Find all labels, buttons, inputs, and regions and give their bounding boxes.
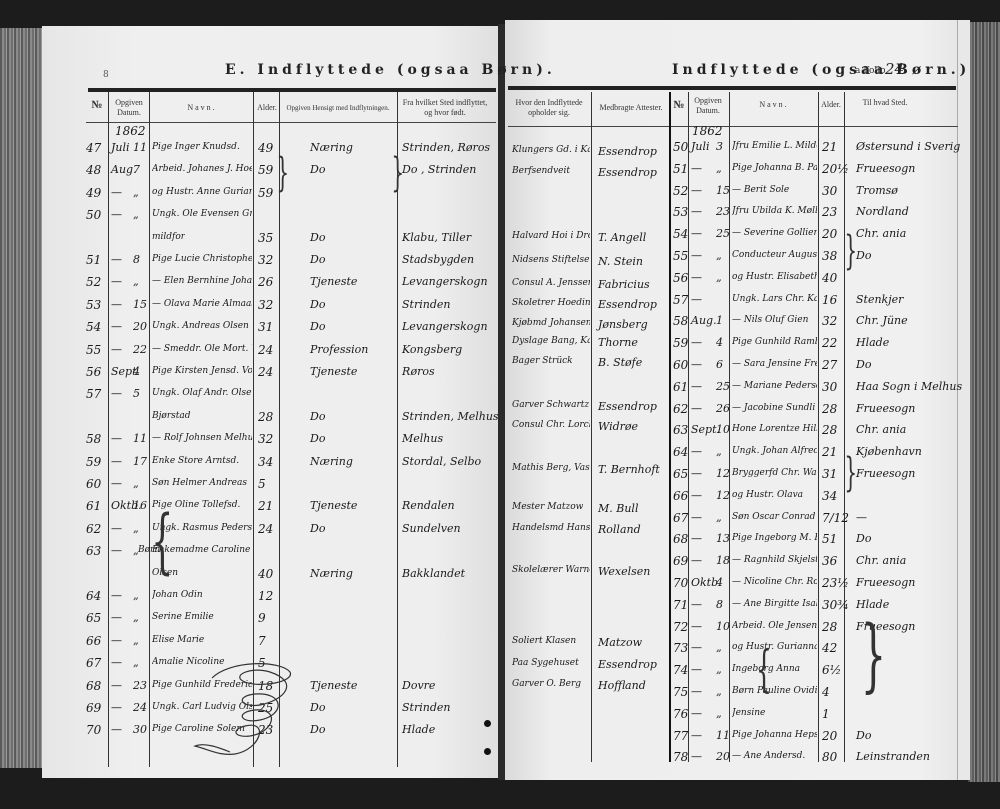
entry-from: Strinden, Røros — [402, 141, 490, 154]
entry-from: Do , Strinden — [402, 163, 476, 176]
entry-day: „ — [133, 208, 139, 221]
entry-name: Pige Ingeborg M. Friis — [732, 533, 817, 543]
entry-number: 57 — [673, 293, 688, 307]
entry-month: — — [691, 249, 702, 262]
entry-name: Ungk. Olaf Andr. Olsen — [152, 388, 252, 398]
entry-name: og Hustr. Elisabeth — [732, 272, 817, 282]
entry-number: 75 — [673, 685, 688, 699]
entry-number: 47 — [86, 141, 101, 155]
entry-number: 63 — [673, 423, 688, 437]
entry-number: 66 — [673, 489, 688, 503]
entry-number: 65 — [86, 611, 101, 625]
entry-from: Dovre — [402, 679, 435, 692]
entry-destination: Chr. ania — [856, 423, 906, 436]
entry-age: 1 — [822, 707, 830, 721]
entry-name: Ungk. Johan Alfred Gien — [732, 446, 817, 456]
header-date: Opgiven Datum. — [110, 98, 148, 118]
entry-from: Røros — [402, 365, 435, 378]
entry-number: 57 — [86, 387, 101, 401]
entry-number: 54 — [86, 320, 101, 334]
entry-purpose: Do — [310, 410, 325, 423]
entry-name: Johan Odin — [152, 590, 203, 600]
entry-age: 32 — [258, 298, 273, 312]
entry-age: 49 — [258, 141, 273, 155]
header-residence: Hvor den Indflyttede opholder sig. — [508, 98, 590, 118]
entry-from: Rendalen — [402, 499, 455, 512]
entry-age: 4 — [822, 685, 830, 699]
entry-destination: Stenkjer — [856, 293, 903, 306]
header-no: № — [671, 100, 687, 110]
entry-age: 24 — [258, 522, 273, 536]
entry-name: Pige Inger Knudsd. — [152, 142, 240, 152]
entry-destination: Frueesogn — [856, 402, 915, 415]
entry-day: 12 — [716, 489, 730, 502]
entry-number: 69 — [86, 701, 101, 715]
entry-day: „ — [133, 656, 139, 669]
entry-residence: Handelsmd Hansen, Kong. — [512, 523, 590, 533]
entry-day: „ — [716, 511, 722, 524]
entry-name: Børn Pauline Ovidie — [732, 686, 817, 696]
left-page-title: E. Indflyttede (ogsaa Børn). — [225, 62, 556, 78]
entry-month: — — [691, 402, 702, 415]
entry-residence: Kjøbmd Johansen — [512, 318, 590, 328]
entry-name: — Nicoline Chr. Ro-senlund — [732, 577, 817, 587]
entry-number: 70 — [86, 723, 101, 737]
entry-name: Pige Kirsten Jensd. Vold — [152, 366, 252, 376]
entry-residence: Consul Chr. Lorck — [512, 420, 590, 430]
entry-age: 51 — [822, 532, 837, 546]
entry-name: — Jacobine Sundli — [732, 403, 815, 413]
entry-month: — — [691, 685, 702, 698]
entry-residence: Paa Sygehuset — [512, 658, 579, 668]
entry-name: — Berit Sole — [732, 185, 789, 195]
entry-day: 20 — [133, 320, 147, 333]
entry-age: 22 — [822, 336, 837, 350]
entry-age: 21 — [822, 140, 837, 154]
entry-name: — Elen Bernhine Johansen — [152, 276, 252, 286]
entry-name: Bryggerfd Chr. Warner — [732, 468, 817, 478]
entry-certificates: Essendrop — [598, 166, 657, 179]
brace: } — [276, 150, 289, 196]
entry-month: — — [111, 387, 122, 400]
entry-from: Stordal, Selbo — [402, 455, 481, 468]
entry-month: — — [691, 467, 702, 480]
entry-destination: Leinstranden — [856, 750, 930, 763]
entry-age: 80 — [822, 750, 837, 764]
entry-month: — — [691, 380, 702, 393]
folio-label: a Folio — [855, 66, 886, 76]
entry-month: — — [111, 656, 122, 669]
entry-number: 64 — [86, 589, 101, 603]
entry-day: 30 — [133, 723, 147, 736]
entry-from: Strinden, Melhus — [402, 410, 499, 423]
entry-day: 11 — [716, 729, 730, 742]
binding-hole — [484, 720, 491, 727]
entry-day: „ — [716, 249, 722, 262]
entry-month: — — [691, 707, 702, 720]
entry-certificates: Hoffland — [598, 679, 646, 692]
entry-number: 74 — [673, 663, 688, 677]
entry-certificates: Wexelsen — [598, 565, 650, 578]
entry-day: „ — [133, 589, 139, 602]
page-mark: 8 — [103, 70, 109, 80]
entry-certificates: Essendrop — [598, 298, 657, 311]
entry-day: 4 — [133, 365, 140, 378]
entry-number: 61 — [86, 499, 101, 513]
entry-from: Hlade — [402, 723, 435, 736]
entry-name: Arbeid. Ole Jensen — [732, 621, 817, 631]
entry-purpose: Tjeneste — [310, 679, 357, 692]
year: 1862 — [692, 124, 723, 138]
entry-day: 10 — [716, 620, 730, 633]
entry-day: „ — [133, 477, 139, 490]
entry-age: 7/12 — [822, 511, 849, 525]
entry-day: 4 — [716, 576, 723, 589]
entry-month: — — [691, 205, 702, 218]
entry-certificates: T. Bernhoft — [598, 463, 660, 476]
header-from: Fra hvilket Sted indflyttet, og hvor fød… — [398, 98, 492, 118]
entry-destination: Frueesogn — [856, 576, 915, 589]
entry-month: — — [111, 253, 122, 266]
header-no: № — [86, 100, 108, 110]
entry-destination: Chr. ania — [856, 227, 906, 240]
entry-number: 63 — [86, 544, 101, 558]
entry-name: og Hustr. Olava — [732, 490, 803, 500]
entry-day: 22 — [133, 343, 147, 356]
entry-month: — — [111, 432, 122, 445]
entry-day: 16 — [133, 499, 147, 512]
column-divider — [591, 92, 592, 762]
entry-certificates: Fabricius — [598, 278, 650, 291]
entry-from: Stadsbygden — [402, 253, 474, 266]
entry-age: 12 — [258, 589, 273, 603]
entry-name: Jensine — [732, 708, 765, 718]
entry-day: 8 — [716, 598, 723, 611]
entry-age: 21 — [258, 499, 273, 513]
entry-month: — — [691, 336, 702, 349]
entry-month: — — [111, 701, 122, 714]
entry-purpose: Tjeneste — [310, 275, 357, 288]
entry-purpose: Profession — [310, 343, 368, 356]
entry-age: 40 — [822, 271, 837, 285]
entry-day: „ — [716, 685, 722, 698]
entry-age: 24 — [258, 365, 273, 379]
entry-day: „ — [133, 275, 139, 288]
entry-name: Elise Marie — [152, 635, 204, 645]
entry-month: — — [691, 271, 702, 284]
entry-day: 23 — [716, 205, 730, 218]
entry-number: 71 — [673, 598, 688, 612]
entry-age: 28 — [822, 620, 837, 634]
entry-month: — — [691, 729, 702, 742]
entry-destination: Do — [856, 729, 871, 742]
entry-destination: Chr. Jüne — [856, 314, 908, 327]
entry-residence: Mathis Berg, Vaskerg. — [512, 463, 590, 473]
entry-number: 68 — [86, 679, 101, 693]
brace: } — [844, 228, 857, 274]
entry-month: — — [111, 634, 122, 647]
entry-age: 28 — [822, 423, 837, 437]
entry-from: Strinden — [402, 298, 450, 311]
entry-residence: Bager Strück — [512, 356, 573, 366]
entry-number: 65 — [673, 467, 688, 481]
column-divider — [108, 92, 109, 767]
entry-age: 30 — [822, 184, 837, 198]
entry-month: — — [691, 162, 702, 175]
entry-destination: Do — [856, 358, 871, 371]
entry-destination: Do — [856, 249, 871, 262]
entry-destination: Nordland — [856, 205, 909, 218]
entry-day: 25 — [716, 380, 730, 393]
entry-day: „ — [133, 186, 139, 199]
entry-certificates: B. Støfe — [598, 356, 642, 369]
entry-residence: Nidsens Stiftelse — [512, 255, 590, 265]
entry-age: 32 — [258, 432, 273, 446]
entry-name: Conducteur August Gollien — [732, 250, 817, 260]
entry-certificates: Essendrop — [598, 145, 657, 158]
right-page-margin — [957, 20, 970, 780]
entry-day: „ — [133, 522, 139, 535]
entry-number: 66 — [86, 634, 101, 648]
entry-name: Pige Lucie Christophersd. Bunn — [152, 254, 252, 264]
header-bottom-rule — [86, 122, 496, 123]
header-purpose: Opgiven Hensigt med Indflytningen. — [280, 103, 396, 113]
entry-age: 23 — [822, 205, 837, 219]
entry-number: 51 — [86, 253, 101, 267]
entry-certificates: M. Bull — [598, 502, 638, 515]
column-divider — [669, 92, 671, 762]
entry-month: — — [111, 455, 122, 468]
header-age: Alder. — [254, 103, 280, 113]
entry-residence: Garver O. Berg — [512, 679, 581, 689]
entry-month: — — [111, 679, 122, 692]
entry-certificates: Essendrop — [598, 658, 657, 671]
entry-name: Pige Johanna B. Paulsen — [732, 163, 817, 173]
entry-number: 64 — [673, 445, 688, 459]
entry-name: og Hustr. Gurianna — [732, 642, 817, 652]
entry-day: 8 — [133, 253, 140, 266]
entry-number: 58 — [86, 432, 101, 446]
entry-month: — — [111, 589, 122, 602]
entry-day: 7 — [133, 163, 140, 176]
entry-destination: Tromsø — [856, 184, 898, 197]
entry-month: — — [691, 598, 702, 611]
header-bottom-rule — [508, 126, 958, 127]
entry-name: og Hustr. Anne Guriane — [152, 187, 252, 197]
year: 1862 — [115, 124, 146, 138]
entry-day: 12 — [716, 467, 730, 480]
entry-month: — — [111, 477, 122, 490]
entry-from: Levangerskogn — [402, 275, 488, 288]
entry-name: — Rolf Johnsen Melhus — [152, 433, 252, 443]
entry-day: 15 — [716, 184, 730, 197]
entry-day: „ — [716, 445, 722, 458]
entry-destination: Do — [856, 532, 871, 545]
entry-certificates: Rolland — [598, 523, 641, 536]
children-label: Børn — [138, 545, 160, 555]
entry-day: 15 — [133, 298, 147, 311]
entry-residence: Skolelærer Warnes — [512, 565, 590, 575]
entry-age: 9 — [258, 611, 266, 625]
entry-age: 34 — [258, 455, 273, 469]
entry-day: 10 — [716, 423, 730, 436]
entry-age: 20½ — [822, 162, 849, 176]
entry-day: „ — [133, 634, 139, 647]
entry-age: 6½ — [822, 663, 841, 677]
entry-number: 67 — [86, 656, 101, 670]
entry-number: 59 — [673, 336, 688, 350]
entry-name: Bjørstad — [152, 411, 191, 421]
entry-destination: Haa Sogn i Melhus — [856, 380, 962, 393]
entry-name: Ungk. Lars Chr. Kallerg-kamp — [732, 294, 817, 304]
entry-destination: Kjøbenhavn — [856, 445, 922, 458]
entry-purpose: Næring — [310, 141, 353, 154]
entry-month: — — [111, 275, 122, 288]
entry-number: 68 — [673, 532, 688, 546]
entry-age: 32 — [258, 253, 273, 267]
entry-number: 51 — [673, 162, 688, 176]
entry-name: — Ane Andersd. — [732, 751, 805, 761]
entry-purpose: Do — [310, 253, 325, 266]
entry-number: 55 — [673, 249, 688, 263]
entry-residence: Klungers Gd. i Kalv. — [512, 145, 590, 155]
entry-day: 11 — [133, 141, 147, 154]
entry-name: Hone Lorentze Hilstad — [732, 424, 817, 434]
entry-name: Ungk. Andreas Olsen — [152, 321, 249, 331]
entry-name: — Severine Gollien — [732, 228, 817, 238]
entry-residence: Consul A. Jenssen — [512, 278, 590, 288]
header-name: Navn. — [150, 103, 254, 113]
entry-purpose: Do — [310, 163, 325, 176]
entry-purpose: Tjeneste — [310, 365, 357, 378]
book-page-edges-right — [968, 22, 1000, 782]
header-name: Navn. — [730, 100, 818, 110]
entry-name: — Smeddr. Ole Mort. Vaal — [152, 344, 252, 354]
entry-number: 73 — [673, 641, 688, 655]
entry-number: 59 — [86, 455, 101, 469]
entry-day: 3 — [716, 140, 723, 153]
entry-age: 21 — [822, 445, 837, 459]
entry-age: 34 — [822, 489, 837, 503]
entry-age: 42 — [822, 641, 837, 655]
entry-day: 11 — [133, 432, 147, 445]
entry-residence: Garver Schwartz — [512, 400, 589, 410]
entry-number: 53 — [86, 298, 101, 312]
entry-month: — — [111, 723, 122, 736]
entry-destination: — — [856, 511, 867, 524]
entry-age: 36 — [822, 554, 837, 568]
entry-name: Søn Helmer Andreas — [152, 478, 247, 488]
entry-number: 50 — [86, 208, 101, 222]
entry-name: — Ane Birgitte Isaksd. (Bak) — [732, 599, 817, 609]
entry-age: 59 — [258, 163, 273, 177]
entry-residence: Mester Matzow — [512, 502, 583, 512]
entry-day: „ — [716, 641, 722, 654]
entry-purpose: Do — [310, 701, 325, 714]
entry-purpose: Do — [310, 522, 325, 535]
entry-month: — — [691, 358, 702, 371]
entry-from: Melhus — [402, 432, 443, 445]
entry-purpose: Do — [310, 432, 325, 445]
brace: } — [391, 150, 404, 196]
entry-destination: Frueesogn — [856, 467, 915, 480]
entry-from: Sundelven — [402, 522, 461, 535]
entry-number: 60 — [673, 358, 688, 372]
entry-name: Ungk. Ole Evensen Grön — [152, 209, 252, 219]
entry-age: 28 — [822, 402, 837, 416]
entry-destination: Hlade — [856, 336, 889, 349]
children-brace: { — [151, 500, 173, 582]
entry-day: 24 — [133, 701, 147, 714]
entry-month: — — [691, 511, 702, 524]
entry-month: — — [691, 227, 702, 240]
entry-day: 26 — [716, 402, 730, 415]
family-brace: } — [861, 608, 886, 701]
entry-purpose: Do — [310, 723, 325, 736]
entry-certificates: Matzow — [598, 636, 642, 649]
entry-residence: Skoletrer Hoeding — [512, 298, 590, 308]
entry-number: 77 — [673, 729, 688, 743]
entry-destination: Østersund i Sverig — [856, 140, 960, 153]
entry-month: — — [691, 620, 702, 633]
entry-from: Kongsberg — [402, 343, 462, 356]
folio-number: 24 — [885, 60, 904, 78]
entry-day: „ — [133, 611, 139, 624]
entry-age: 20 — [822, 729, 837, 743]
entry-from: Strinden — [402, 701, 450, 714]
entry-name: — Nils Oluf Gien — [732, 315, 808, 325]
entry-name: mildfor — [152, 232, 185, 242]
entry-number: 72 — [673, 620, 688, 634]
entry-number: 67 — [673, 511, 688, 525]
entry-name: — Mariane Pedersd. — [732, 381, 817, 391]
entry-day: „ — [716, 162, 722, 175]
entry-certificates: T. Angell — [598, 231, 646, 244]
entry-number: 50 — [673, 140, 688, 154]
entry-residence: Berfsendveit — [512, 166, 570, 176]
entry-name: Jfru Ubilda K. Møller — [732, 206, 817, 216]
entry-month: — — [111, 208, 122, 221]
entry-age: 5 — [258, 477, 266, 491]
entry-purpose: Do — [310, 231, 325, 244]
entry-age: 31 — [258, 320, 273, 334]
entry-month: — — [691, 532, 702, 545]
entry-age: 32 — [822, 314, 837, 328]
entry-month: — — [111, 611, 122, 624]
entry-month: — — [111, 343, 122, 356]
column-divider — [149, 92, 150, 767]
entry-name: Serine Emilie — [152, 612, 214, 622]
entry-day: 23 — [133, 679, 147, 692]
entry-number: 48 — [86, 163, 101, 177]
entry-age: 26 — [258, 275, 273, 289]
entry-month: — — [111, 298, 122, 311]
entry-day: 25 — [716, 227, 730, 240]
entry-month: — — [691, 184, 702, 197]
binding-hole — [484, 748, 491, 755]
column-divider — [844, 92, 845, 762]
entry-number: 62 — [673, 402, 688, 416]
entry-from: Klabu, Tiller — [402, 231, 471, 244]
entry-month: Juli — [691, 140, 710, 153]
entry-month: — — [691, 445, 702, 458]
entry-age: 20 — [822, 227, 837, 241]
entry-month: — — [691, 663, 702, 676]
entry-residence: Halvard Hoi i Dronng — [512, 231, 590, 241]
entry-month: — — [691, 750, 702, 763]
entry-day: 4 — [716, 336, 723, 349]
brace: } — [844, 450, 857, 496]
